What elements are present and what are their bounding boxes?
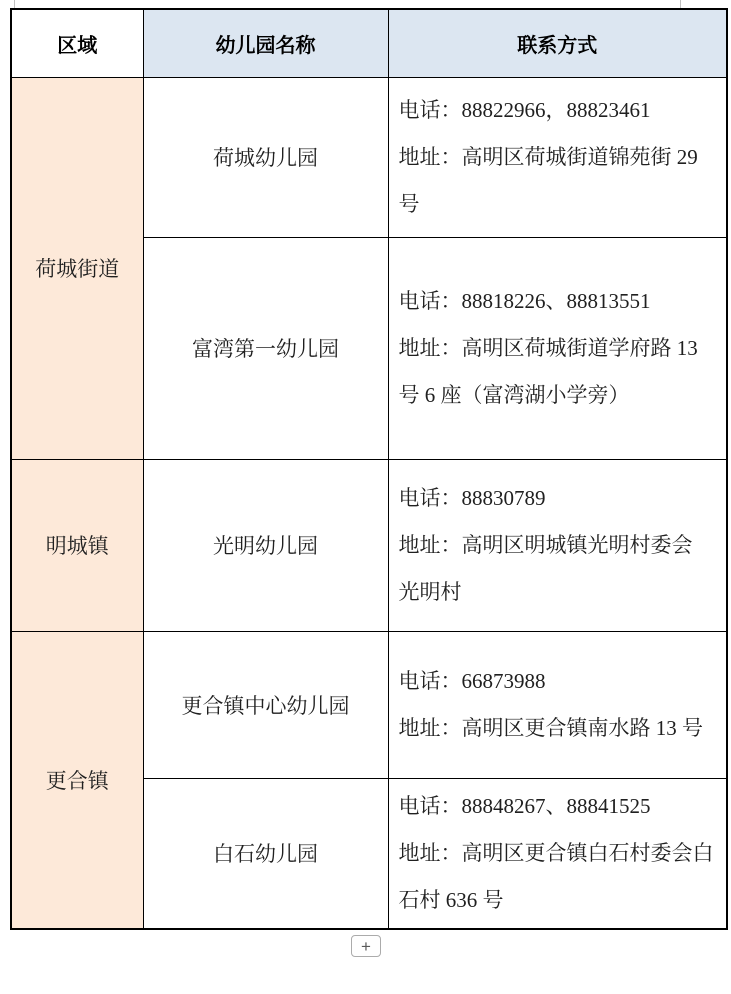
header-cell-name: 幼儿园名称 [143,9,388,77]
ruler-tick-left [14,0,15,8]
table-row: 明城镇 光明幼儿园 电话：88830789 地址：高明区明城镇光明村委会 光明村 [11,459,727,631]
contact-cell: 电话：66873988 地址：高明区更合镇南水路 13 号 [388,631,727,778]
kindergarten-name-cell: 更合镇中心幼儿园 [143,631,388,778]
page: 区域 幼儿园名称 联系方式 荷城街道 荷城幼儿园 电话：88822966，888… [0,0,731,994]
contact-cell: 电话：88830789 地址：高明区明城镇光明村委会 光明村 [388,459,727,631]
contact-cell: 电话：88822966，88823461 地址：高明区荷城街道锦苑街 29 号 [388,77,727,237]
ruler-tick-right [680,0,681,8]
add-row-button[interactable]: + [351,935,381,957]
kindergarten-name-cell: 光明幼儿园 [143,459,388,631]
address-line: 地址：高明区荷城街道锦苑街 29 号 [399,134,723,228]
table-row: 荷城街道 荷城幼儿园 电话：88822966，88823461 地址：高明区荷城… [11,77,727,237]
kindergarten-name-cell: 荷城幼儿园 [143,77,388,237]
table-row: 更合镇 更合镇中心幼儿园 电话：66873988 地址：高明区更合镇南水路 13… [11,631,727,778]
phone-line: 电话：88822966，88823461 [399,87,723,134]
contact-cell: 电话：88848267、88841525 地址：高明区更合镇白石村委会白 石村 … [388,778,727,929]
phone-line: 电话：88818226、88813551 [399,278,723,325]
kindergarten-name-cell: 白石幼儿园 [143,778,388,929]
phone-line: 电话：88848267、88841525 [399,783,723,830]
kindergarten-name-cell: 富湾第一幼儿园 [143,237,388,459]
address-line: 地址：高明区更合镇白石村委会白 石村 636 号 [399,830,723,924]
address-line: 地址：高明区明城镇光明村委会 光明村 [399,522,723,616]
phone-line: 电话：88830789 [399,475,723,522]
header-row: 区域 幼儿园名称 联系方式 [11,9,727,77]
address-line: 地址：高明区更合镇南水路 13 号 [399,705,723,752]
region-cell-mingcheng: 明城镇 [11,459,143,631]
kindergarten-contact-table: 区域 幼儿园名称 联系方式 荷城街道 荷城幼儿园 电话：88822966，888… [10,8,728,930]
contact-cell: 电话：88818226、88813551 地址：高明区荷城街道学府路 13 号 … [388,237,727,459]
region-cell-genghe: 更合镇 [11,631,143,929]
region-cell-hecheng: 荷城街道 [11,77,143,459]
address-line: 地址：高明区荷城街道学府路 13 号 6 座（富湾湖小学旁） [399,325,723,419]
header-cell-contact: 联系方式 [388,9,727,77]
header-cell-region: 区域 [11,9,143,77]
phone-line: 电话：66873988 [399,658,723,705]
